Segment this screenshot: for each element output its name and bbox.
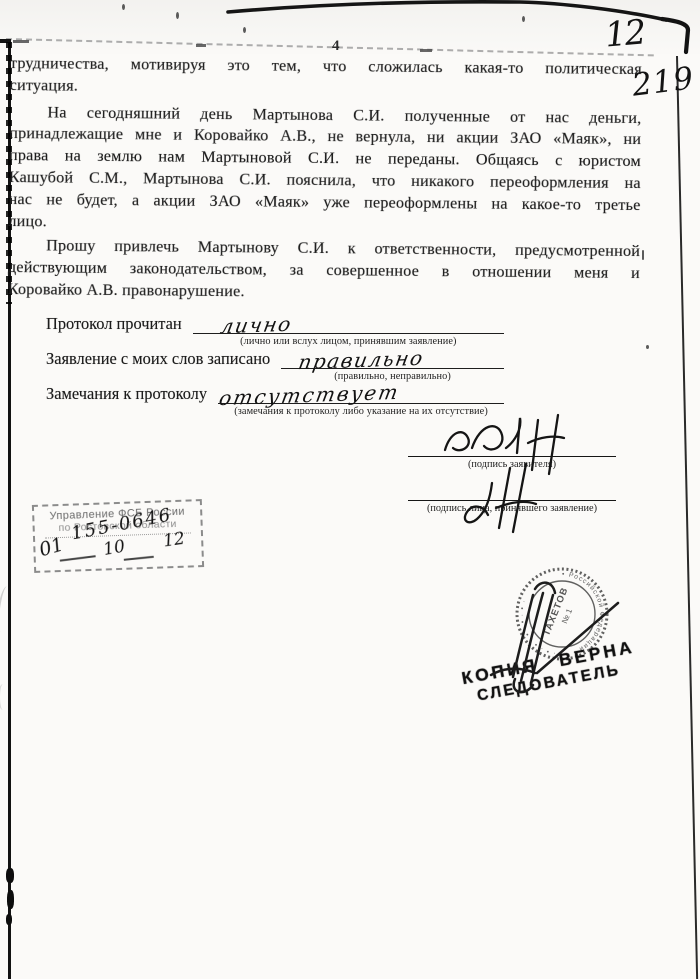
signature-block: (подпись заявителя) (подпись лица, приня… [408, 428, 616, 515]
scan-speck [122, 4, 125, 10]
dash-mark [196, 44, 206, 47]
document-body: трудничества, мотивируя это тем, что сло… [8, 53, 642, 307]
fill-in-line: лично [193, 315, 504, 334]
scan-speck [642, 250, 644, 260]
field-label: Замечания к протоколу [46, 385, 218, 418]
scan-speck [646, 345, 649, 349]
handwritten-value: правильно [297, 346, 427, 374]
form-row-statement-recorded: Заявление с моих слов записано правильно… [46, 350, 504, 383]
scan-edge-top [0, 0, 700, 60]
scan-speck [176, 12, 179, 19]
signature-line-receiver [408, 473, 616, 501]
handwritten-dash [60, 555, 96, 561]
paragraph-request: Прошу привлечь Мартынову С.И. к ответств… [8, 235, 641, 306]
scan-speck [243, 27, 246, 33]
handwritten-value: лично [218, 312, 294, 338]
field-entry: лично (лично или вслух лицом, принявшим … [193, 315, 504, 348]
field-entry: правильно (правильно, неправильно) [281, 350, 504, 383]
scanned-document-page: 4 12 219 трудничества, мотивируя это тем… [0, 0, 700, 979]
field-label: Заявление с моих слов записано [46, 350, 281, 383]
ink-blob [6, 868, 14, 883]
handwritten-dash [124, 556, 154, 561]
pencil-mark [0, 585, 13, 632]
signature-hint: (подпись лица, принявшего заявление) [408, 501, 616, 515]
paragraph-statement: На сегодняшний день Мартынова С.И. получ… [8, 102, 641, 239]
fill-in-line: правильно [281, 350, 504, 369]
handwritten-date-month: 10 [102, 536, 127, 559]
handwritten-page-number: 12 [603, 12, 646, 55]
pencil-mark [0, 684, 8, 710]
protocol-form: Протокол прочитан лично (лично или вслух… [46, 315, 504, 420]
fill-in-line: отсутствует [218, 385, 504, 404]
field-entry: отсутствует (замечания к протоколу либо … [218, 385, 504, 418]
typed-page-number: 4 [332, 38, 346, 55]
fsb-registration-stamp: Управление ФСБ России по Ростовской обла… [32, 499, 204, 573]
signature-hint: (подпись заявителя) [408, 457, 616, 471]
signature-line-applicant [408, 428, 616, 457]
dash-mark [13, 40, 29, 43]
scan-edge-right [676, 56, 698, 979]
handwritten-date-year: 12 [162, 529, 186, 552]
scan-speck [522, 16, 525, 22]
field-label: Протокол прочитан [46, 315, 193, 348]
form-row-remarks: Замечания к протоколу отсутствует (замеч… [46, 385, 504, 418]
paragraph-continuation: трудничества, мотивируя это тем, что сло… [10, 53, 642, 103]
ink-blob [7, 890, 14, 909]
dash-mark [420, 49, 432, 52]
form-row-protocol-read: Протокол прочитан лично (лично или вслух… [46, 315, 504, 348]
ink-blob [6, 914, 12, 925]
